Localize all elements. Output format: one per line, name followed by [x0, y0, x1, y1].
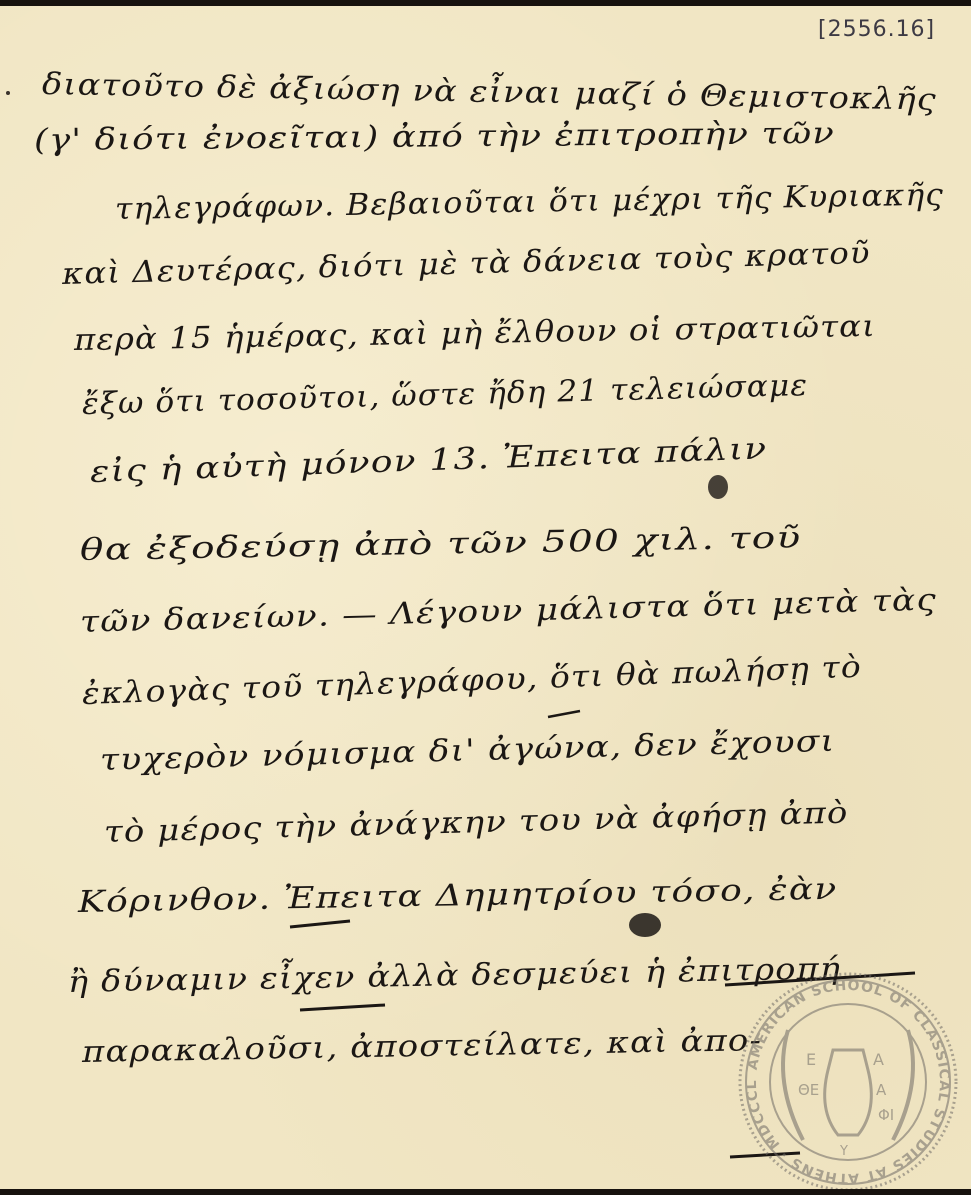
scan-top-edge	[0, 0, 971, 6]
svg-text:Α: Α	[873, 1050, 884, 1069]
svg-text:Α: Α	[876, 1081, 887, 1099]
svg-text:ΦΙ: ΦΙ	[878, 1106, 894, 1124]
manuscript-page: [2556.16] διατοῦτο δὲ ἀξιώση νὰ εἶναι μα…	[0, 5, 971, 1189]
svg-text:Υ: Υ	[839, 1144, 848, 1159]
institution-stamp: AMERICAN SCHOOL OF CLASSICAL STUDIES AT …	[728, 970, 968, 1189]
scan-bottom-edge	[0, 1189, 971, 1195]
svg-text:ΘΕ: ΘΕ	[798, 1081, 819, 1099]
svg-text:Ε: Ε	[806, 1050, 816, 1069]
